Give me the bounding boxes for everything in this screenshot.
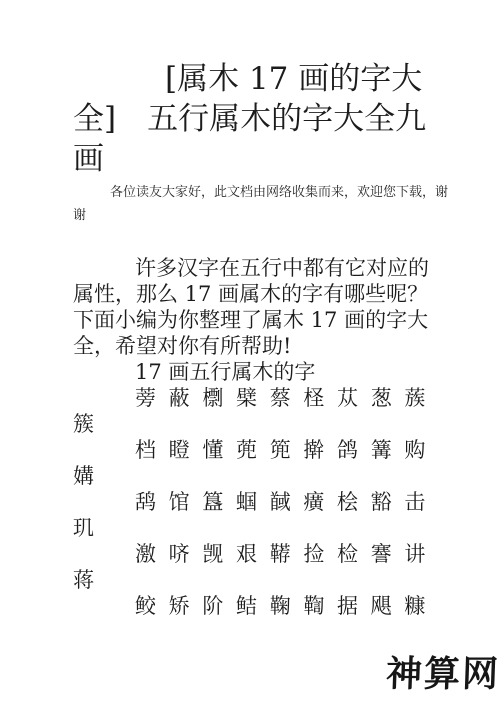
paragraph-line: 属性，那么 17 画属木的字有哪些呢？ <box>73 281 470 307</box>
notice-line-1: 各位读友大家好，此文档由网络收集而来，欢迎您下载，谢 <box>110 181 460 204</box>
character-row-2-overflow: 媾 <box>73 463 470 489</box>
character-row-4-overflow: 蒋 <box>73 567 470 593</box>
title-line-1: [属木 17 画的字大 <box>165 59 460 99</box>
character-row-3: 鸹 馆 簋 蝈 馘 癀 桧 豁 击 <box>135 489 470 515</box>
watermark: 神算网 <box>385 652 500 696</box>
character-row-5: 鲛 矫 阶 鲒 鞠 鞫 据 飓 糠 <box>135 593 470 619</box>
character-row-2: 档 瞪 懂 蔸 篼 擀 鸽 篝 购 <box>135 437 470 463</box>
character-row-1: 蒡 蔽 檦 檗 蔡 柽 苁 葱 蔟 <box>135 385 470 411</box>
character-row-4: 激 哜 觊 艰 鞯 捡 检 謇 讲 <box>135 541 470 567</box>
document-body: 许多汉字在五行中都有它对应的 属性，那么 17 画属木的字有哪些呢？ 下面小编为… <box>73 255 470 619</box>
character-row-1-overflow: 簇 <box>73 411 470 437</box>
character-row-3-overflow: 玑 <box>73 515 470 541</box>
document-title: [属木 17 画的字大 全] 五行属木的字大全九 画 <box>73 59 460 179</box>
title-line-3: 画 <box>73 139 460 179</box>
section-title: 17 画五行属木的字 <box>135 359 470 385</box>
download-notice: 各位读友大家好，此文档由网络收集而来，欢迎您下载，谢 谢 <box>73 181 460 227</box>
title-line-2: 全] 五行属木的字大全九 <box>73 99 460 139</box>
notice-line-2: 谢 <box>73 204 460 227</box>
paragraph-line: 许多汉字在五行中都有它对应的 <box>135 255 470 281</box>
paragraph-line: 下面小编为你整理了属木 17 画的字大 <box>73 307 470 333</box>
document-page: [属木 17 画的字大 全] 五行属木的字大全九 画 各位读友大家好，此文档由网… <box>0 0 500 708</box>
paragraph-line: 全，希望对你有所帮助! <box>73 333 470 359</box>
